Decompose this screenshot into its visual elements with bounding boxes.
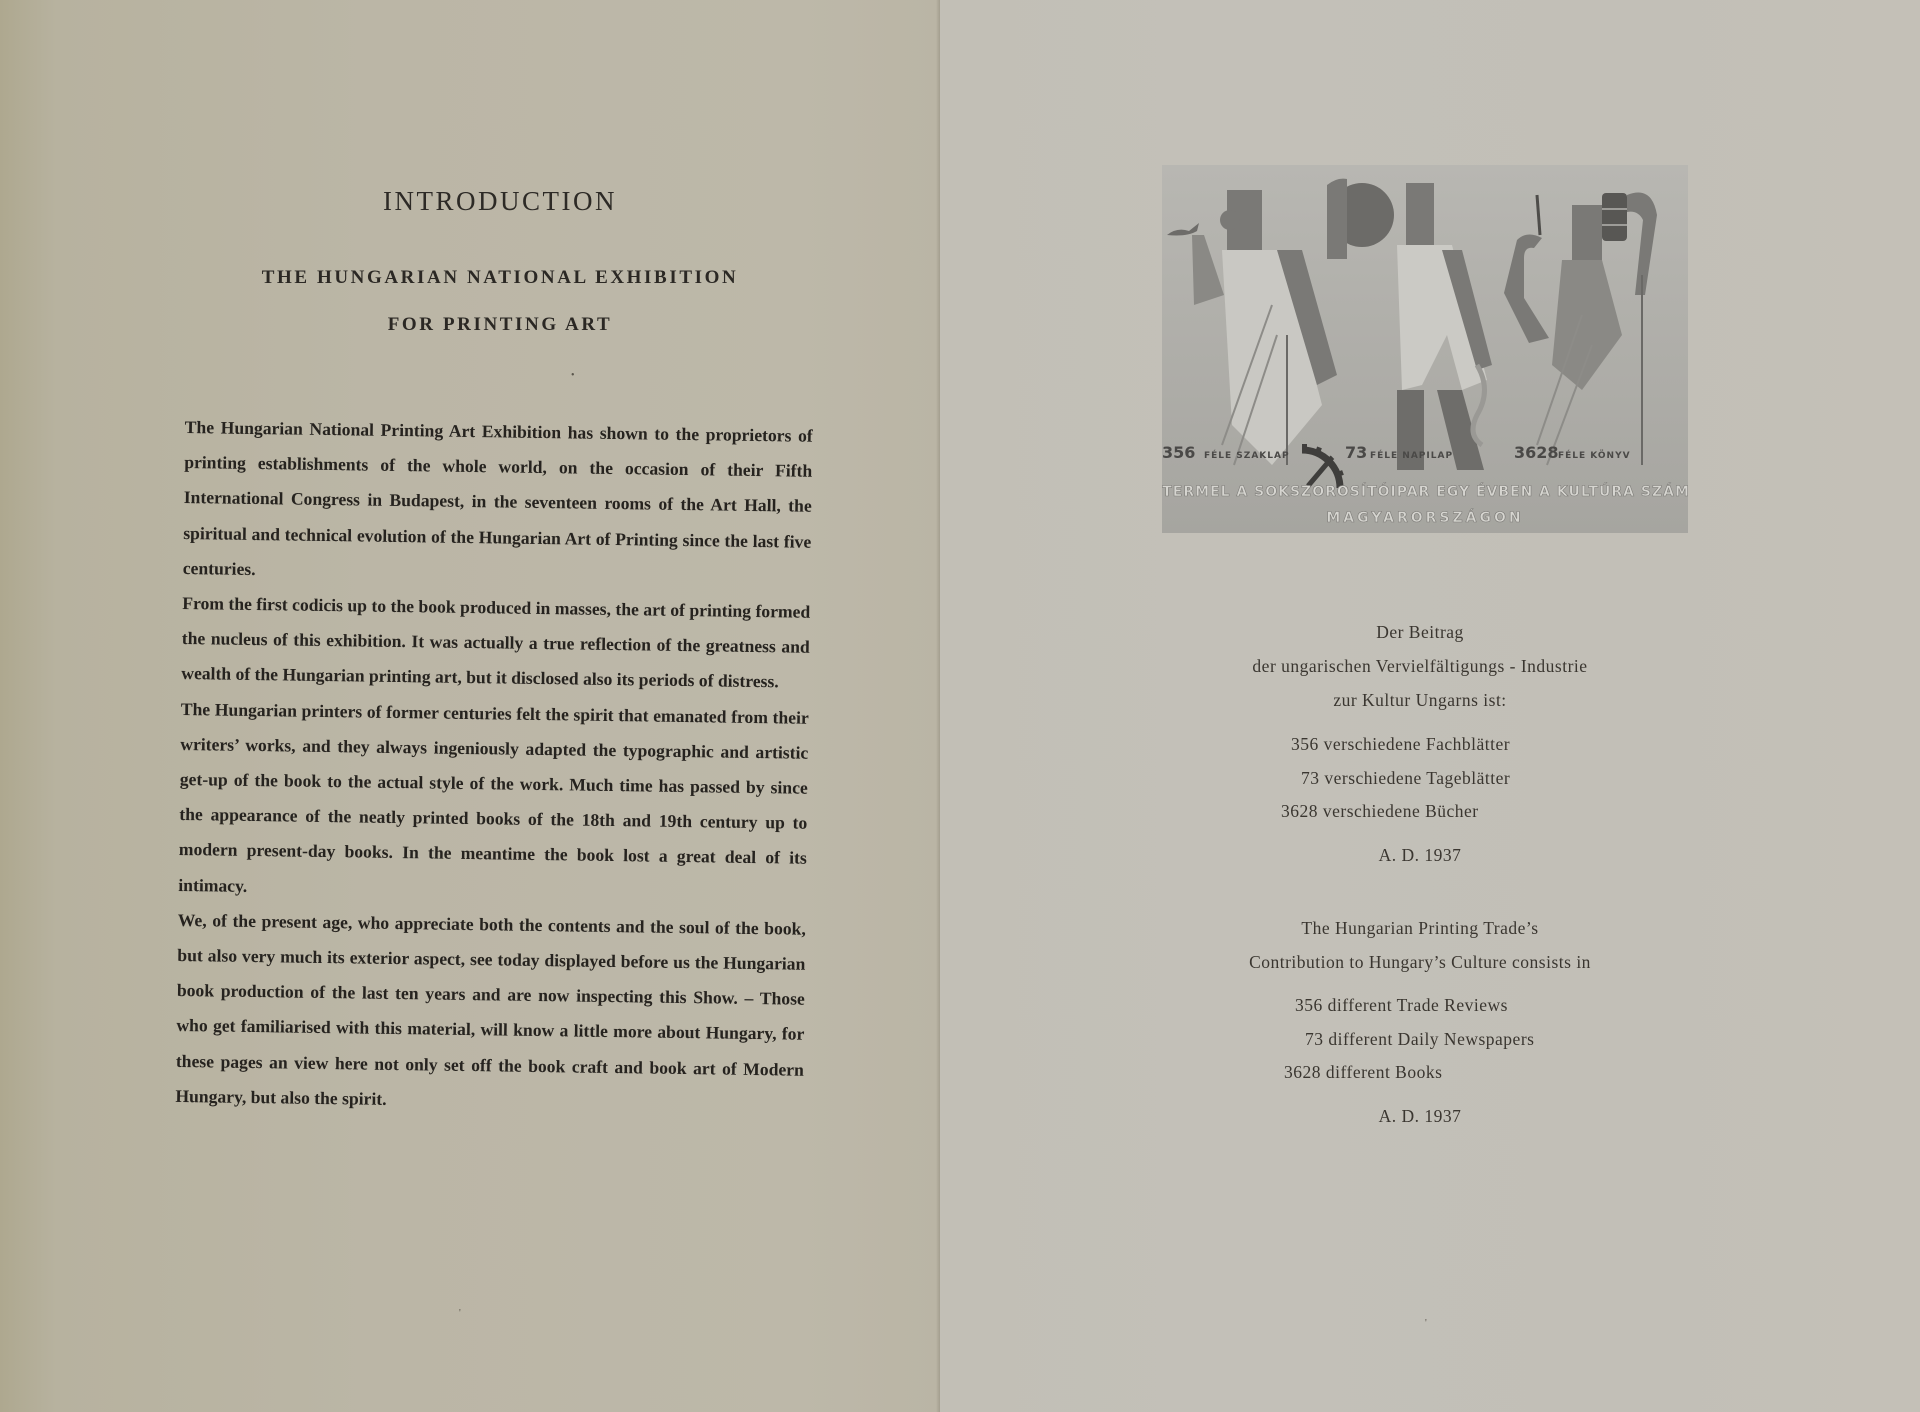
german-item-daily-papers: 73 verschiedene Tageblätter — [1301, 768, 1881, 789]
page-title: INTRODUCTION — [0, 186, 1000, 217]
german-item-books: 3628 verschiedene Bücher — [1281, 801, 1861, 822]
english-heading-2: Contribution to Hungary’s Culture consis… — [1130, 952, 1710, 973]
mural-illustration-icon: 356 FÉLE SZAKLAP 73 FÉLE NAPILAP 3628 FÉ… — [1162, 165, 1688, 533]
book-spread: INTRODUCTION THE HUNGARIAN NATIONAL EXHI… — [0, 0, 1920, 1412]
svg-text:356: 356 — [1162, 443, 1195, 462]
exhibition-mural-photo: 356 FÉLE SZAKLAP 73 FÉLE NAPILAP 3628 FÉ… — [1162, 165, 1688, 533]
svg-text:3628: 3628 — [1514, 443, 1559, 462]
german-item-trade-journals: 356 verschiedene Fachblätter — [1291, 734, 1871, 755]
english-item-books: 3628 different Books — [1284, 1062, 1864, 1083]
english-date: A. D. 1937 — [1130, 1106, 1710, 1127]
english-heading-1: The Hungarian Printing Trade’s — [1130, 918, 1710, 939]
paragraph: The Hungarian National Printing Art Exhi… — [183, 410, 813, 595]
subtitle-line-2: FOR PRINTING ART — [0, 314, 1000, 336]
paragraph: The Hungarian printers of former centuri… — [178, 692, 809, 912]
svg-text:MAGYARORSZÁGON: MAGYARORSZÁGON — [1326, 509, 1523, 526]
paper-speck: ' — [1425, 1318, 1427, 1329]
german-contribution-block: Der Beitrag der ungarischen Vervielfälti… — [1130, 622, 1710, 882]
german-heading-3: zur Kultur Ungarns ist: — [1130, 690, 1710, 711]
ornament-dot-icon: • — [571, 370, 575, 381]
paragraph: From the first codicis up to the book pr… — [181, 586, 810, 700]
svg-text:FÉLE KÖNYV: FÉLE KÖNYV — [1558, 449, 1631, 461]
english-contribution-block: The Hungarian Printing Trade’s Contribut… — [1130, 918, 1710, 1138]
svg-text:FÉLE NAPILAP: FÉLE NAPILAP — [1370, 449, 1453, 461]
svg-text:73: 73 — [1345, 443, 1367, 462]
english-item-trade-reviews: 356 different Trade Reviews — [1295, 995, 1875, 1016]
english-item-daily-newspapers: 73 different Daily Newspapers — [1305, 1029, 1885, 1050]
svg-text:MIT TERMEL A SOKSZOROSÍTÓIPAR: MIT TERMEL A SOKSZOROSÍTÓIPAR EGY ÉVBEN … — [1162, 482, 1688, 500]
paragraph: We, of the present age, who appreciate b… — [175, 903, 806, 1123]
left-page: INTRODUCTION THE HUNGARIAN NATIONAL EXHI… — [0, 0, 940, 1412]
subtitle-line-1: THE HUNGARIAN NATIONAL EXHIBITION — [0, 267, 1000, 289]
paper-speck: ' — [459, 1308, 461, 1319]
introduction-body: The Hungarian National Printing Art Exhi… — [175, 410, 813, 1123]
german-date: A. D. 1937 — [1130, 845, 1710, 866]
svg-text:FÉLE SZAKLAP: FÉLE SZAKLAP — [1204, 449, 1290, 461]
german-heading-2: der ungarischen Vervielfältigungs - Indu… — [1130, 656, 1710, 677]
german-heading-1: Der Beitrag — [1130, 622, 1710, 643]
